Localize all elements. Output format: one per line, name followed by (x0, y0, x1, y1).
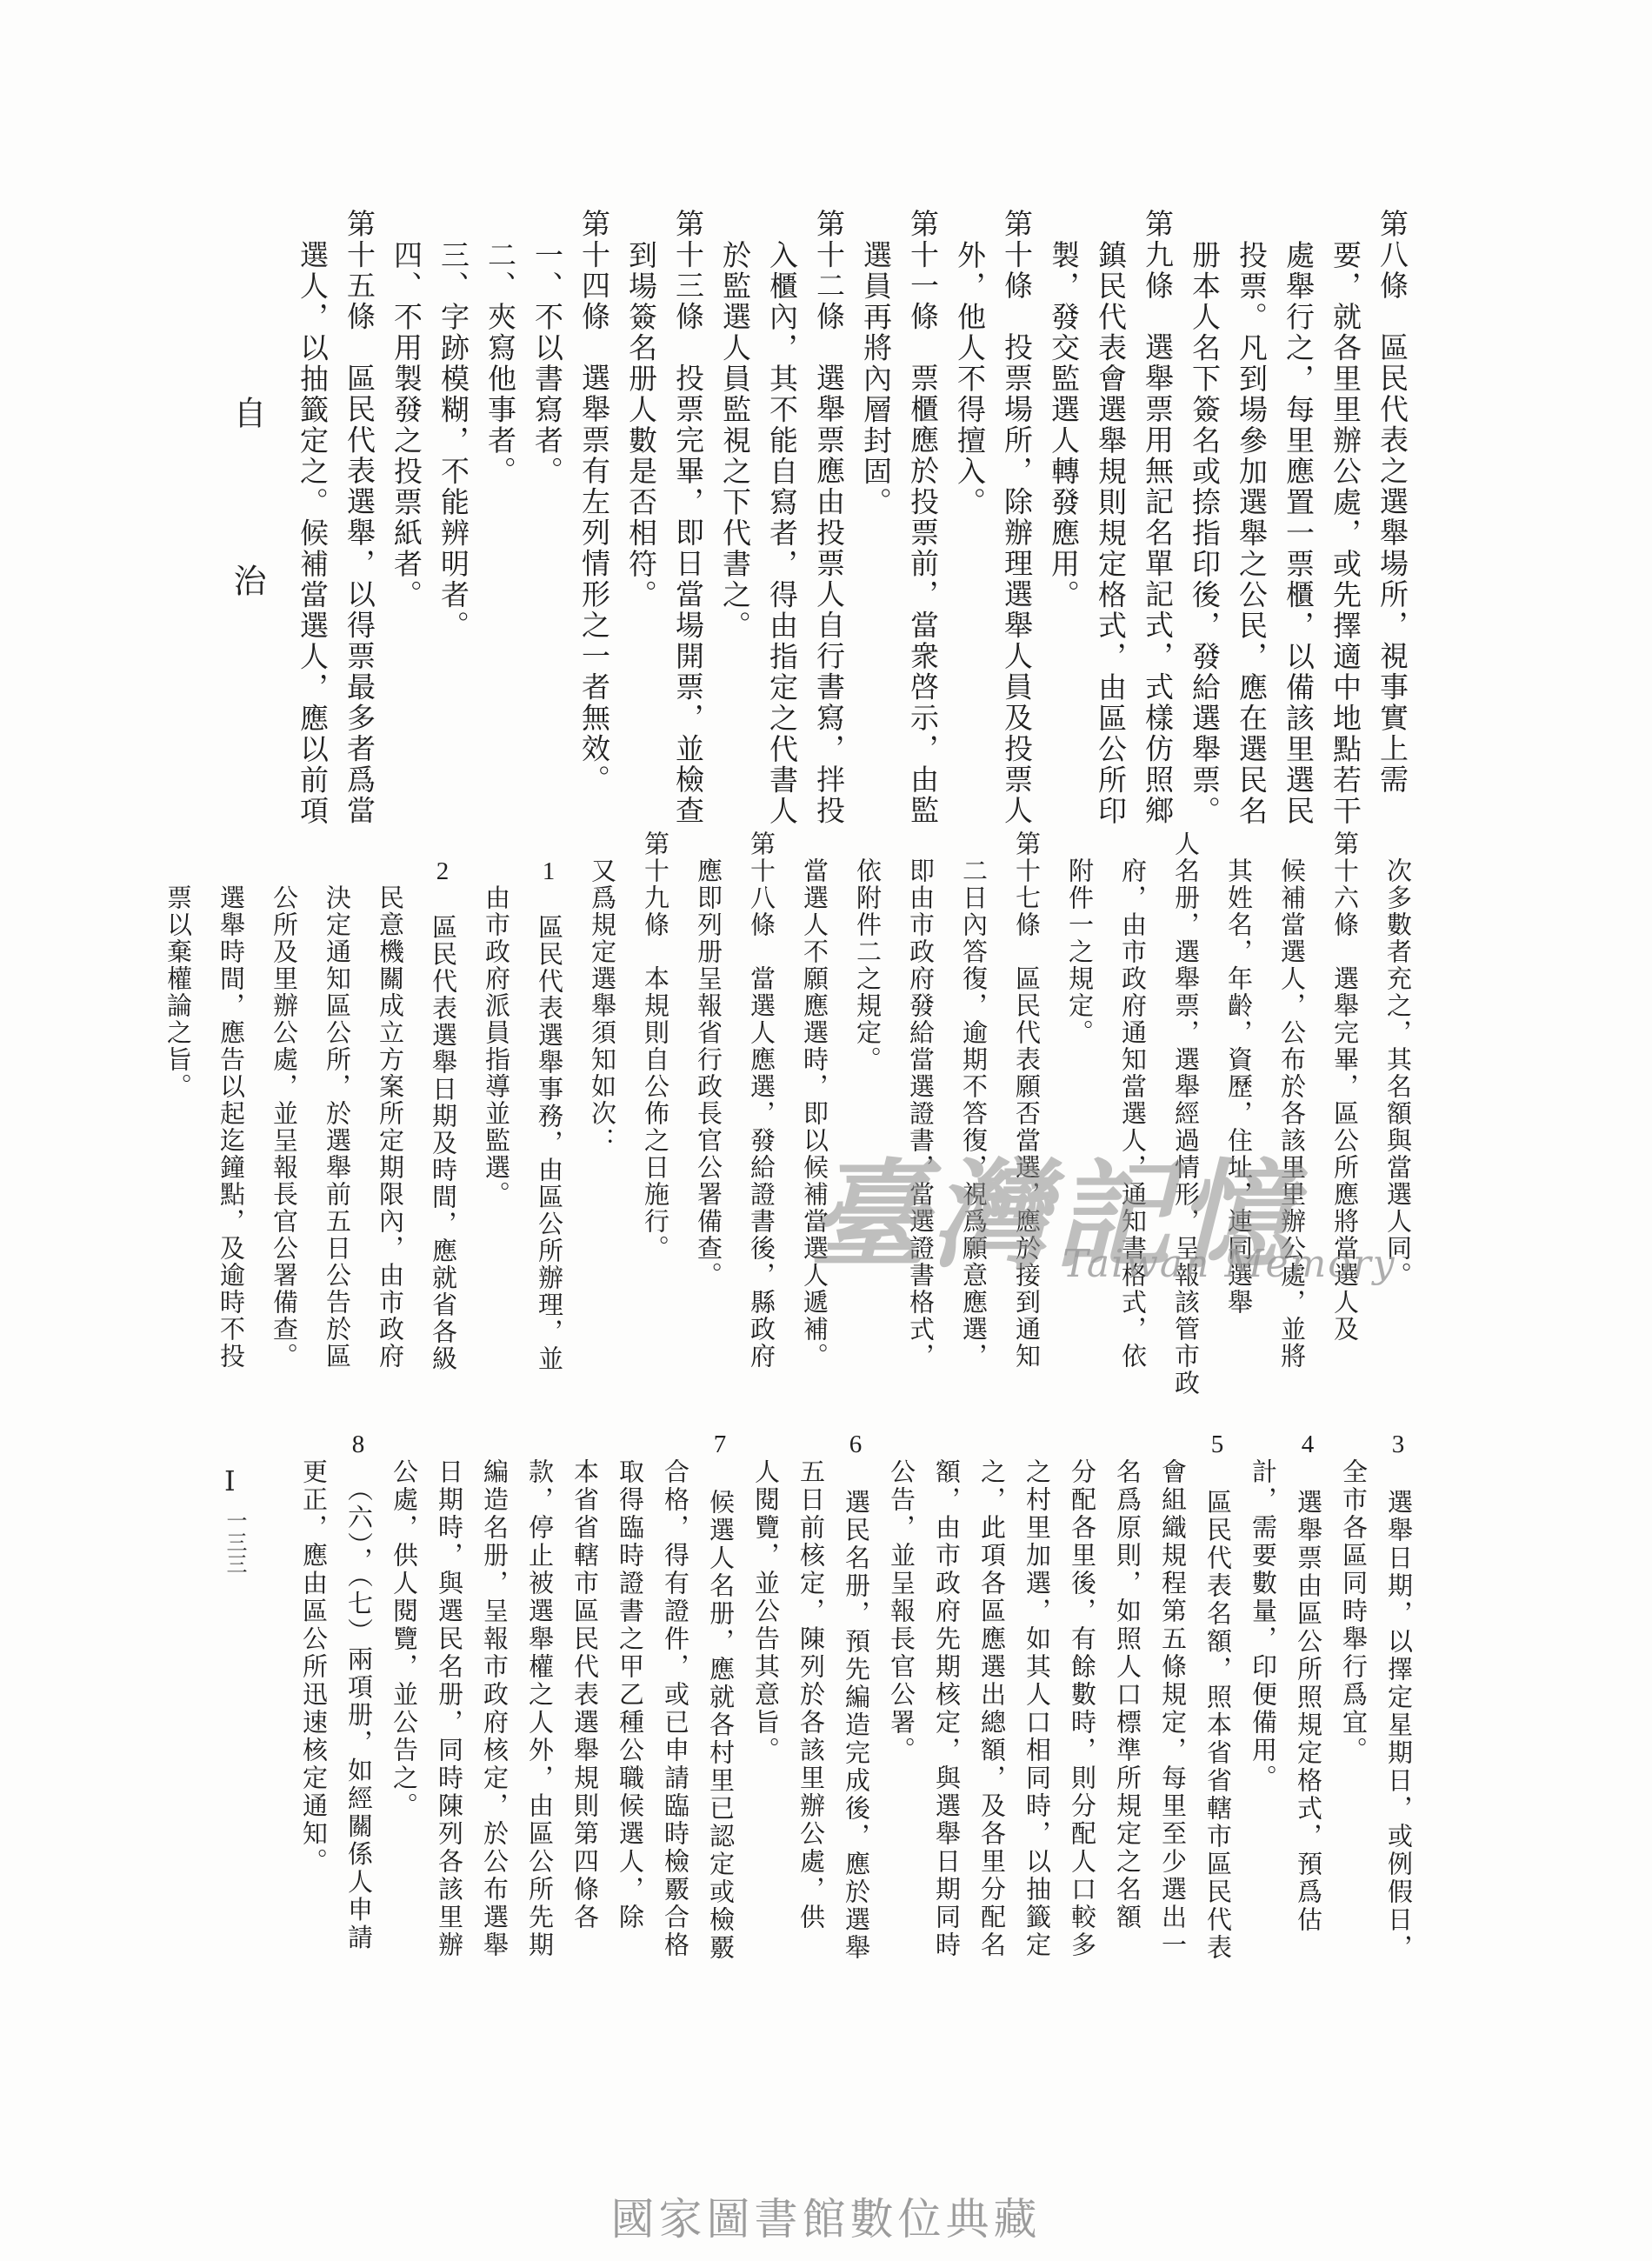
text-column: 名爲原則，如照人口標準所規定之名額 (1104, 1431, 1149, 1994)
text-column: 於監選人員監視之下代書之。 (710, 209, 757, 844)
text-column: 鎮民代表會選舉規則規定格式，由區公所印 (1086, 209, 1133, 844)
page-number: 一三三 (219, 1510, 250, 1575)
text-column: 款，停止被選舉權之人外，由區公所先期 (516, 1431, 562, 1994)
text-column: 公處，供人閱覽，並公告之。 (381, 1431, 426, 1994)
text-column: 要，就各里里辦公處，或先擇適中地點若干 (1321, 209, 1368, 844)
text-column: 合格，得有證件，或已申請臨時檢覈合格 (652, 1431, 697, 1994)
text-column: 選人，以抽籤定之。候補當選人，應以前項 (288, 209, 335, 844)
text-column: 之，此項各區應選出總額，及各里分配名 (969, 1431, 1014, 1994)
text-column: 二日內答復，逾期不答復，視爲願意應選， (946, 830, 999, 1408)
text-column: 附件一之規定。 (1052, 830, 1105, 1408)
document-page: 自治 第八條 區民代表之選舉場所，視事實上需要，就各里里辦公處，或先擇適中地點若… (0, 0, 1652, 2261)
text-column: 二、夾寫他事者。 (476, 209, 523, 844)
text-column: 册本人名下簽名或捺指印後，發給選舉票。 (1180, 209, 1227, 844)
text-column: 第九條 選舉票用無記名單記式，式樣仿照鄉 (1133, 209, 1180, 844)
text-column: 日期時，與選民名册，同時陳列各該里辦 (426, 1431, 471, 1994)
text-column: 即由市政府發給當選證書，當選證書格式， (893, 830, 946, 1408)
text-column: 選員再將內層封固。 (851, 209, 898, 844)
text-column: 投票。凡到場參加選舉之公民，應在選民名 (1227, 209, 1274, 844)
text-band-articles-8-15: 第八條 區民代表之選舉場所，視事實上需要，就各里里辦公處，或先擇適中地點若干處舉… (288, 209, 1415, 844)
text-column: 依附件二之規定。 (840, 830, 893, 1408)
text-column: 決定通知區公所，於選舉前五日公告於區 (310, 830, 363, 1408)
text-column: 第十六條 選舉完畢，區公所應將當選人及 (1317, 830, 1370, 1408)
text-column: 2 區民代表選舉日期及時間，應就省各級 (416, 830, 469, 1408)
text-column: 一、不以書寫者。 (523, 209, 570, 844)
text-column: 會組織規程第五條規定，每里至少選出一 (1149, 1431, 1195, 1994)
text-column: 製，發交監選人轉發應用。 (1039, 209, 1086, 844)
text-column: 7 候選人名册，應就各村里已認定或檢覈 (697, 1431, 743, 1994)
text-column: 第八條 區民代表之選舉場所，視事實上需 (1368, 209, 1415, 844)
text-column: 當選人不願應選時，即以候補當選人遞補。 (787, 830, 840, 1408)
text-column: 第十七條 區民代表願否當選，應於接到通知 (999, 830, 1052, 1408)
text-column: 之村里加選，如其人口相同時，以抽籤定 (1014, 1431, 1059, 1994)
text-column: 公告，並呈報長官公署。 (878, 1431, 923, 1994)
text-column: 票以棄權論之旨。 (150, 830, 203, 1408)
text-column: 到場簽名册人數是否相符。 (616, 209, 663, 844)
text-column: 民意機關成立方案所定期限內，由市政府 (363, 830, 416, 1408)
text-column: 第十條 投票場所，除辦理選舉人員及投票人 (992, 209, 1039, 844)
text-band-notes-3-8: 3 選舉日期，以擇定星期日，或例假日，全市各區同時舉行爲宜。4 選舉票由區公所照… (290, 1431, 1421, 1994)
text-column: 三、字跡模糊，不能辨明者。 (429, 209, 476, 844)
text-column: 外，他人不得擅入。 (945, 209, 992, 844)
text-column: 6 選民名册，預先編造完成後，應於選舉 (833, 1431, 878, 1994)
text-column: 第十八條 當選人應選，發給證書後，縣政府 (734, 830, 787, 1408)
text-column: 3 選舉日期，以擇定星期日，或例假日， (1376, 1431, 1421, 1994)
library-footer-caption: 國家圖書館數位典藏 (611, 2184, 1042, 2247)
text-column: 額，由市政府先期核定，與選舉日期同時 (923, 1431, 969, 1994)
text-column: 五日前核定，陳列於各該里辦公處，供 (788, 1431, 833, 1994)
text-column: 第十四條 選舉票有左列情形之一者無效。 (570, 209, 616, 844)
text-column: 入櫃內，其不能自寫者，得由指定之代書人 (757, 209, 804, 844)
text-column: 應即列册呈報省行政長官公署備查。 (681, 830, 734, 1408)
text-column: 第十五條 區民代表選舉，以得票最多者爲當 (335, 209, 382, 844)
text-column: 由市政府派員指導並監選。 (469, 830, 522, 1408)
text-column: 其姓名，年齡，資歷，住址，連同選舉 (1211, 830, 1264, 1408)
text-column: 府，由市政府通知當選人，通知書格式，依 (1105, 830, 1158, 1408)
text-column: 1 區民代表選舉事務，由區公所辦理，並 (522, 830, 575, 1408)
volume-mark: Ⅰ (224, 1464, 236, 1497)
text-column: 又爲規定選舉須知如次： (575, 830, 628, 1408)
text-column: 人閱覽，並公告其意旨。 (743, 1431, 788, 1994)
text-column: 5 區民代表名額，照本省省轄市區民代表 (1195, 1431, 1240, 1994)
text-column: 公所及里辦公處，並呈報長官公署備查。 (256, 830, 310, 1408)
text-column: 4 選舉票由區公所照規定格式，預爲估 (1285, 1431, 1330, 1994)
gutter-section-label: 自治 (223, 396, 270, 731)
text-column: 次多數者充之，其名額與當選人同。 (1370, 830, 1423, 1408)
text-column: 全市各區同時舉行爲宜。 (1330, 1431, 1376, 1994)
text-column: 計，需要數量，印便備用。 (1240, 1431, 1285, 1994)
text-column: 取得臨時證書之甲乙種公職候選人，除 (607, 1431, 652, 1994)
text-column: 處舉行之，每里應置一票櫃，以備該里選民 (1274, 209, 1321, 844)
text-column: 第十三條 投票完畢，即日當場開票，並檢查 (663, 209, 710, 844)
text-band-articles-16-19-notes-1-2: 次多數者充之，其名額與當選人同。第十六條 選舉完畢，區公所應將當選人及候補當選人… (150, 830, 1423, 1408)
text-column: 第十二條 選舉票應由投票人自行書寫，拌投 (804, 209, 851, 844)
text-column: 更正，應由區公所迅速核定通知。 (290, 1431, 336, 1994)
text-column: 8 （六），（七）兩項册，如經關係人申請 (336, 1431, 381, 1994)
text-column: 編造名册，呈報市政府核定，於公布選舉 (471, 1431, 516, 1994)
text-column: 第十一條 票櫃應於投票前，當衆啓示，由監 (898, 209, 945, 844)
text-column: 第十九條 本規則自公佈之日施行。 (628, 830, 681, 1408)
text-column: 人名册，選舉票，選舉經過情形，呈報該管市政 (1158, 830, 1211, 1408)
text-column: 候補當選人，公布於各該里里辦公處，並將 (1264, 830, 1317, 1408)
text-column: 選舉時間，應告以起迄鐘點，及逾時不投 (203, 830, 256, 1408)
text-column: 本省省轄市區民代表選舉規則第四條各 (562, 1431, 607, 1994)
text-column: 四、不用製發之投票紙者。 (382, 209, 429, 844)
text-column: 分配各里後，有餘數時，則分配人口較多 (1059, 1431, 1104, 1994)
